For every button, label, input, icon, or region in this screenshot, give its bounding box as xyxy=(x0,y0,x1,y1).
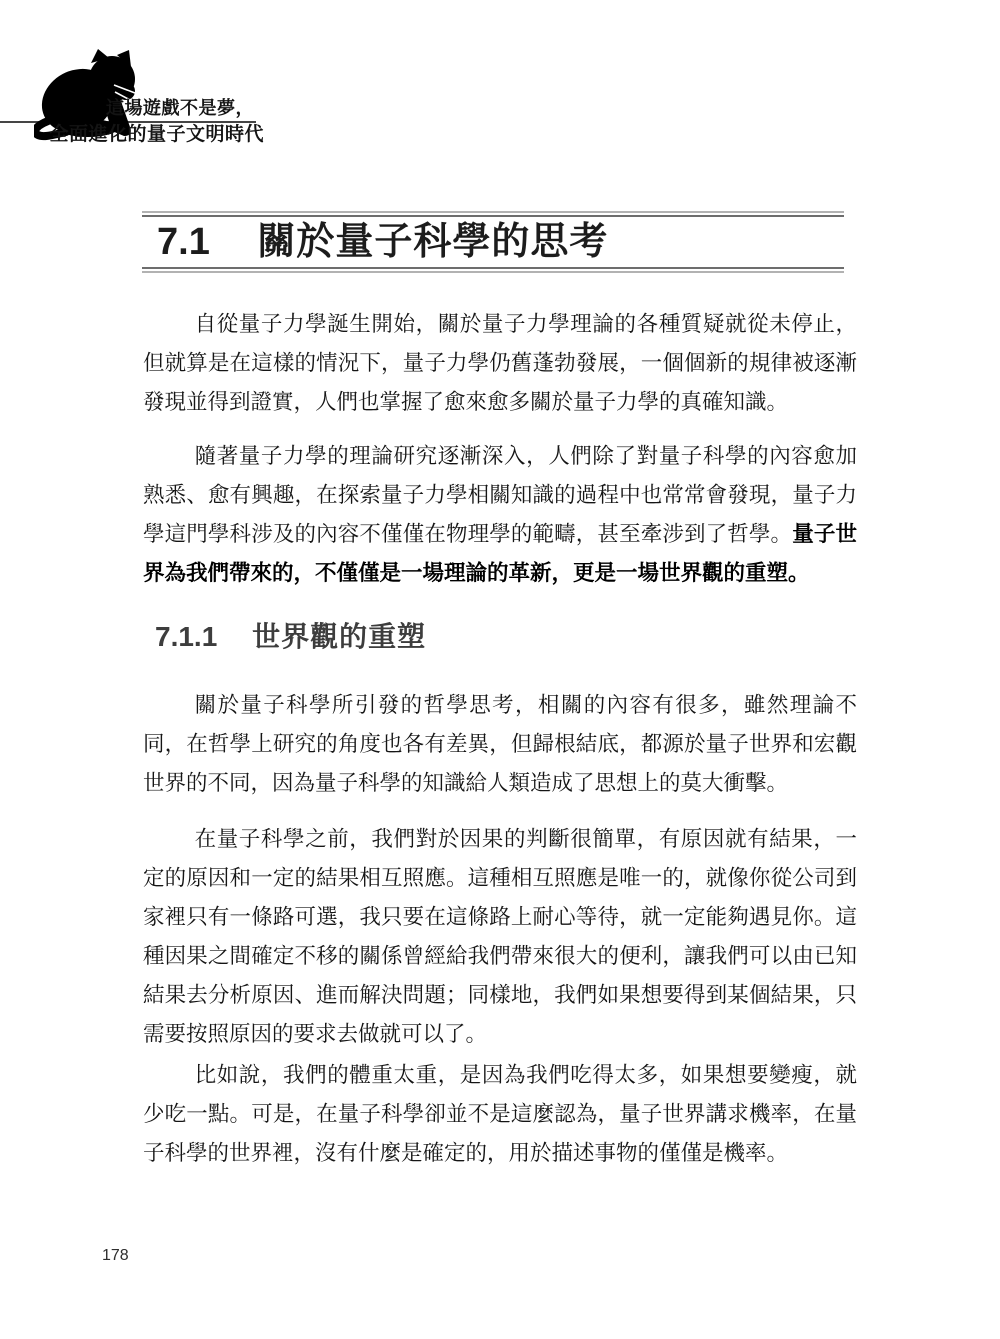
section-heading-block: 7.1 關於量子科學的思考 xyxy=(142,211,844,273)
page-number: 178 xyxy=(102,1247,129,1265)
paragraph-3: 關於量子科學所引發的哲學思考，相關的內容有很多，雖然理論不同，在哲學上研究的角度… xyxy=(143,686,857,803)
subsection-title: 世界觀的重塑 xyxy=(252,616,426,658)
subsection-heading: 7.1.1 世界觀的重塑 xyxy=(142,616,426,658)
paragraph-2: 隨著量子力學的理論研究逐漸深入，人們除了對量子科學的內容愈加熟悉、愈有興趣，在探… xyxy=(143,437,857,593)
section-heading: 7.1 關於量子科學的思考 xyxy=(142,217,844,267)
paragraph-4: 在量子科學之前，我們對於因果的判斷很簡單，有原因就有結果，一定的原因和一定的結果… xyxy=(143,820,857,1054)
section-rule-bottom xyxy=(142,267,844,273)
subsection-number: 7.1.1 xyxy=(155,616,217,658)
paragraph-2-normal-text: 隨著量子力學的理論研究逐漸深入，人們除了對量子科學的內容愈加熟悉、愈有興趣，在探… xyxy=(143,444,857,546)
paragraph-1: 自從量子力學誕生開始，關於量子力學理論的各種質疑就從未停止，但就算是在這樣的情況… xyxy=(143,305,857,422)
section-number: 7.1 xyxy=(157,217,210,267)
section-title: 關於量子科學的思考 xyxy=(257,217,608,267)
book-page: 這場遊戲不是夢， 全面進化的量子文明時代 7.1 關於量子科學的思考 自從量子力… xyxy=(0,0,1000,1339)
header-tagline-line2: 全面進化的量子文明時代 xyxy=(0,124,264,146)
header-tagline-line1: 這場遊戲不是夢， xyxy=(0,97,254,119)
paragraph-5: 比如說，我們的體重太重，是因為我們吃得太多，如果想要變瘦，就少吃一點。可是，在量… xyxy=(143,1056,857,1173)
